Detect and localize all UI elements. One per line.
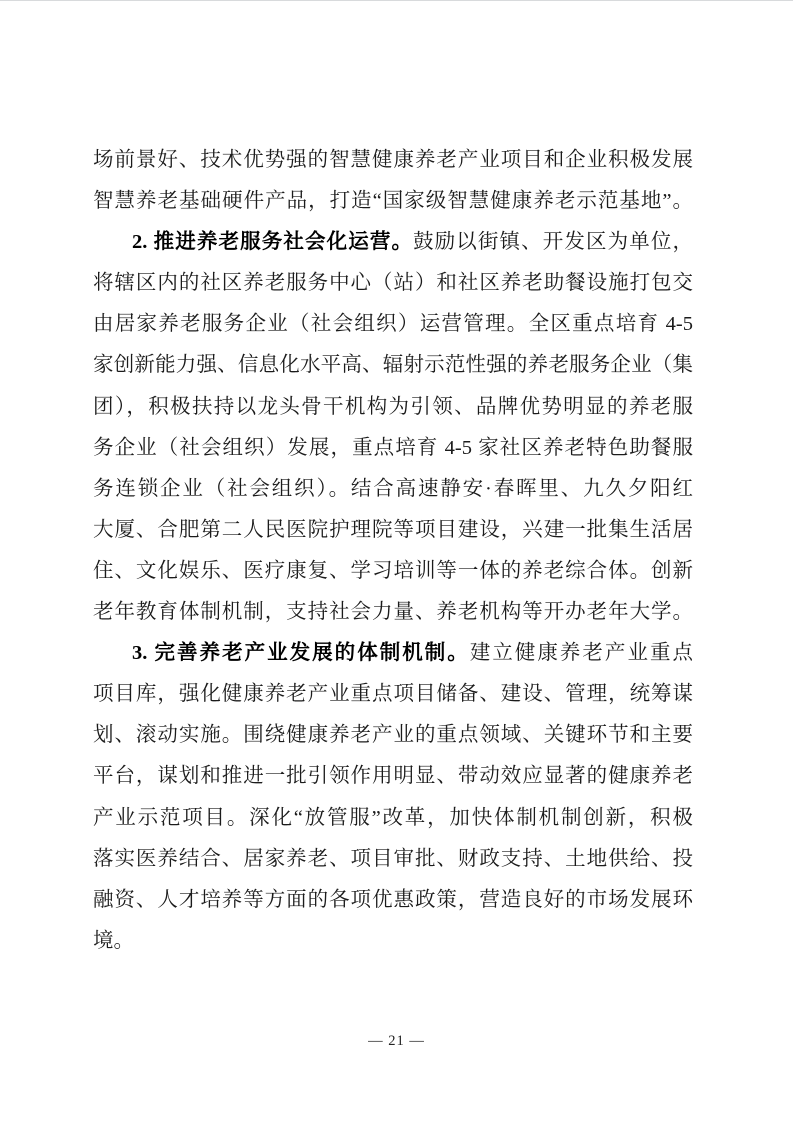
document-body: 场前景好、技术优势强的智慧健康养老产业项目和企业积极发展智慧养老基础硬件产品，打… <box>93 140 693 962</box>
text-line: 产业示范项目。深化“放管服”改革，加快体制机制创新，积极 <box>93 798 693 839</box>
text-run: 将辖区内的社区养老服务中心（站）和社区养老助餐设施打包交 <box>93 272 693 294</box>
text-line: 住、文化娱乐、医疗康复、学习培训等一体的养老综合体。创新 <box>93 551 693 592</box>
footer-page-number: — 21 — <box>0 1033 793 1050</box>
text-line: 落实医养结合、居家养老、项目审批、财政支持、土地供给、投 <box>93 839 693 880</box>
text-line: 务连锁企业（社会组织）。结合高速静安·春晖里、九久夕阳红 <box>93 469 693 510</box>
text-run: 务连锁企业（社会组织）。结合高速静安·春晖里、九久夕阳红 <box>93 478 693 500</box>
text-line: 划、滚动实施。围绕健康养老产业的重点领域、关键环节和主要 <box>93 715 693 756</box>
text-run: 产业示范项目。深化“放管服”改革，加快体制机制创新，积极 <box>93 807 693 829</box>
text-run: 住、文化娱乐、医疗康复、学习培训等一体的养老综合体。创新 <box>93 560 693 582</box>
text-run: 智慧养老基础硬件产品，打造“国家级智慧健康养老示范基地”。 <box>93 190 693 212</box>
text-run: 融资、人才培养等方面的各项优惠政策，营造良好的市场发展环 <box>93 889 693 911</box>
text-run: 老年教育体制机制，支持社会力量、养老机构等开办老年大学。 <box>93 601 693 623</box>
heading-run: 2. 推进养老服务社会化运营。 <box>132 231 413 253</box>
text-run: 平台，谋划和推进一批引领作用明显、带动效应显著的健康养老 <box>93 765 693 787</box>
text-run: 项目库，强化健康养老产业重点项目储备、建设、管理，统筹谋 <box>93 683 693 705</box>
heading-run: 3. 完善养老产业发展的体制机制。 <box>132 642 470 664</box>
text-line: 老年教育体制机制，支持社会力量、养老机构等开办老年大学。 <box>93 592 693 633</box>
text-line: 智慧养老基础硬件产品，打造“国家级智慧健康养老示范基地”。 <box>93 181 693 222</box>
text-line: 2. 推进养老服务社会化运营。鼓励以街镇、开发区为单位， <box>93 222 693 263</box>
document-page: 场前景好、技术优势强的智慧健康养老产业项目和企业积极发展智慧养老基础硬件产品，打… <box>0 0 793 1123</box>
text-run: 团），积极扶持以龙头骨干机构为引领、品牌优势明显的养老服 <box>93 396 693 418</box>
text-line: 平台，谋划和推进一批引领作用明显、带动效应显著的健康养老 <box>93 756 693 797</box>
text-run: 大厦、合肥第二人民医院护理院等项目建设，兴建一批集生活居 <box>93 519 693 541</box>
text-line: 大厦、合肥第二人民医院护理院等项目建设，兴建一批集生活居 <box>93 510 693 551</box>
text-line: 场前景好、技术优势强的智慧健康养老产业项目和企业积极发展 <box>93 140 693 181</box>
text-line: 家创新能力强、信息化水平高、辐射示范性强的养老服务企业（集 <box>93 345 693 386</box>
text-run: 落实医养结合、居家养老、项目审批、财政支持、土地供给、投 <box>93 848 693 870</box>
text-run: 建立健康养老产业重点 <box>470 642 693 664</box>
text-run: 场前景好、技术优势强的智慧健康养老产业项目和企业积极发展 <box>93 149 693 171</box>
text-line: 团），积极扶持以龙头骨干机构为引领、品牌优势明显的养老服 <box>93 387 693 428</box>
text-run: 鼓励以街镇、开发区为单位， <box>413 231 693 253</box>
text-run: 划、滚动实施。围绕健康养老产业的重点领域、关键环节和主要 <box>93 724 693 746</box>
text-line: 将辖区内的社区养老服务中心（站）和社区养老助餐设施打包交 <box>93 263 693 304</box>
text-line: 3. 完善养老产业发展的体制机制。建立健康养老产业重点 <box>93 633 693 674</box>
text-run: 务企业（社会组织）发展，重点培育 4-5 家社区养老特色助餐服 <box>93 437 693 459</box>
text-run: 由居家养老服务企业（社会组织）运营管理。全区重点培育 4-5 <box>93 313 693 335</box>
text-line: 项目库，强化健康养老产业重点项目储备、建设、管理，统筹谋 <box>93 674 693 715</box>
text-run: 家创新能力强、信息化水平高、辐射示范性强的养老服务企业（集 <box>93 354 693 376</box>
text-run: 境。 <box>93 930 134 952</box>
text-line: 境。 <box>93 921 693 962</box>
text-line: 务企业（社会组织）发展，重点培育 4-5 家社区养老特色助餐服 <box>93 428 693 469</box>
text-line: 融资、人才培养等方面的各项优惠政策，营造良好的市场发展环 <box>93 880 693 921</box>
text-line: 由居家养老服务企业（社会组织）运营管理。全区重点培育 4-5 <box>93 304 693 345</box>
